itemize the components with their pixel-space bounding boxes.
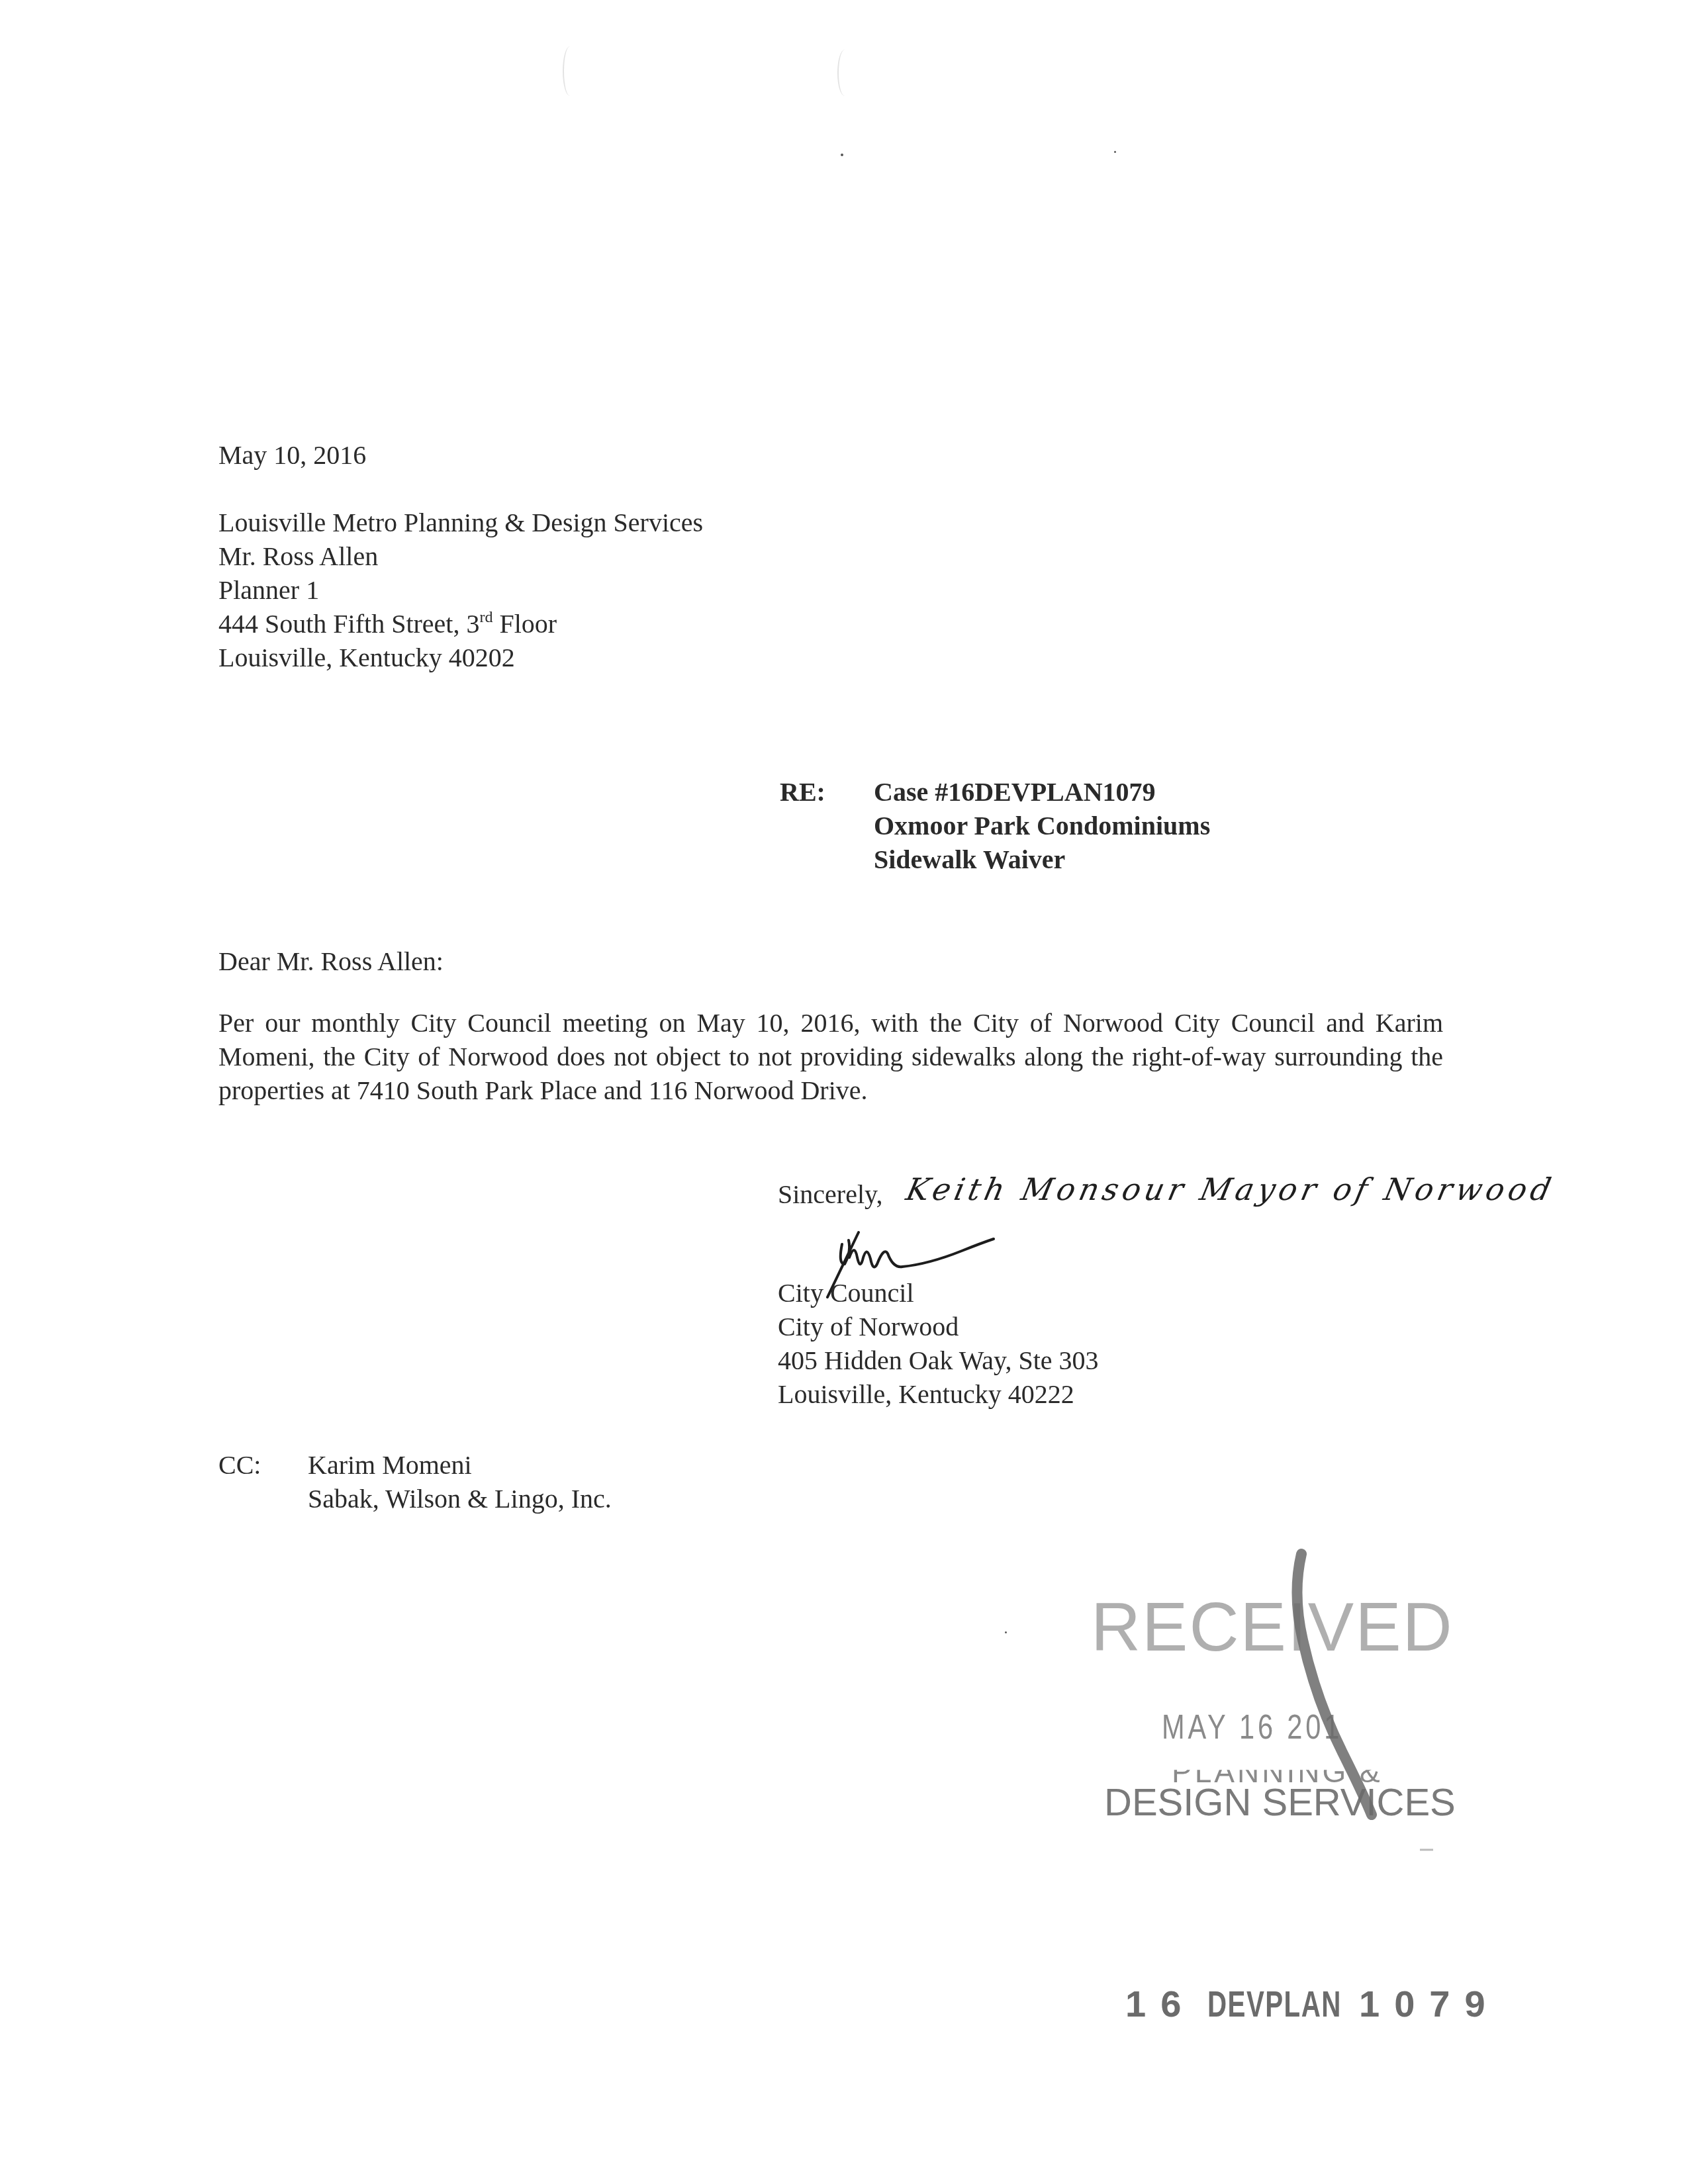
recipient-city: Louisville, Kentucky 40202 (218, 641, 515, 674)
case-stamp-middle: DEVPLAN (1207, 1982, 1342, 2025)
street-superscript: rd (479, 609, 492, 626)
sender-name: City Council (778, 1277, 914, 1310)
recipient-organization: Louisville Metro Planning & Design Servi… (218, 506, 703, 539)
letter-page: May 10, 2016 Louisville Metro Planning &… (0, 0, 1688, 2184)
received-design-services: DESIGN SERVICES (1104, 1780, 1456, 1825)
sender-street: 405 Hidden Oak Way, Ste 303 (778, 1344, 1099, 1377)
re-subject: Sidewalk Waiver (874, 843, 1065, 876)
handwritten-note: Keith Monsour Mayor of Norwood (903, 1171, 1558, 1207)
scan-speck (841, 154, 843, 156)
case-number-stamp: 16 DEVPLAN 1079 (1125, 1982, 1500, 2025)
re-case: Case #16DEVPLAN1079 (874, 776, 1156, 809)
cc-label: CC: (218, 1449, 261, 1482)
street-prefix: 444 South Fifth Street, 3 (218, 609, 479, 639)
recipient-title: Planner 1 (218, 574, 319, 607)
street-suffix: Floor (492, 609, 557, 639)
letter-body: Per our monthly City Council meeting on … (218, 1006, 1443, 1107)
scan-speck (1005, 1631, 1007, 1633)
re-project: Oxmoor Park Condominiums (874, 809, 1210, 842)
scan-mark-left (563, 46, 577, 96)
recipient-name: Mr. Ross Allen (218, 540, 378, 573)
received-date: MAY 16 201 (1162, 1707, 1342, 1747)
case-stamp-prefix: 16 (1125, 1983, 1196, 2025)
re-label: RE: (780, 776, 825, 809)
received-word: RECEIVED (1091, 1588, 1454, 1667)
letter-date: May 10, 2016 (218, 439, 366, 472)
scan-speck (1114, 151, 1116, 153)
scan-mark-right (837, 50, 852, 96)
sender-organization: City of Norwood (778, 1310, 959, 1343)
recipient-street: 444 South Fifth Street, 3rd Floor (218, 608, 557, 641)
sender-city: Louisville, Kentucky 40222 (778, 1378, 1074, 1411)
case-stamp-suffix: 1079 (1359, 1983, 1500, 2025)
salutation: Dear Mr. Ross Allen: (218, 945, 444, 978)
cc-recipient: Sabak, Wilson & Lingo, Inc. (308, 1482, 612, 1516)
closing: Sincerely, (778, 1178, 882, 1211)
cc-recipient: Karim Momeni (308, 1449, 472, 1482)
